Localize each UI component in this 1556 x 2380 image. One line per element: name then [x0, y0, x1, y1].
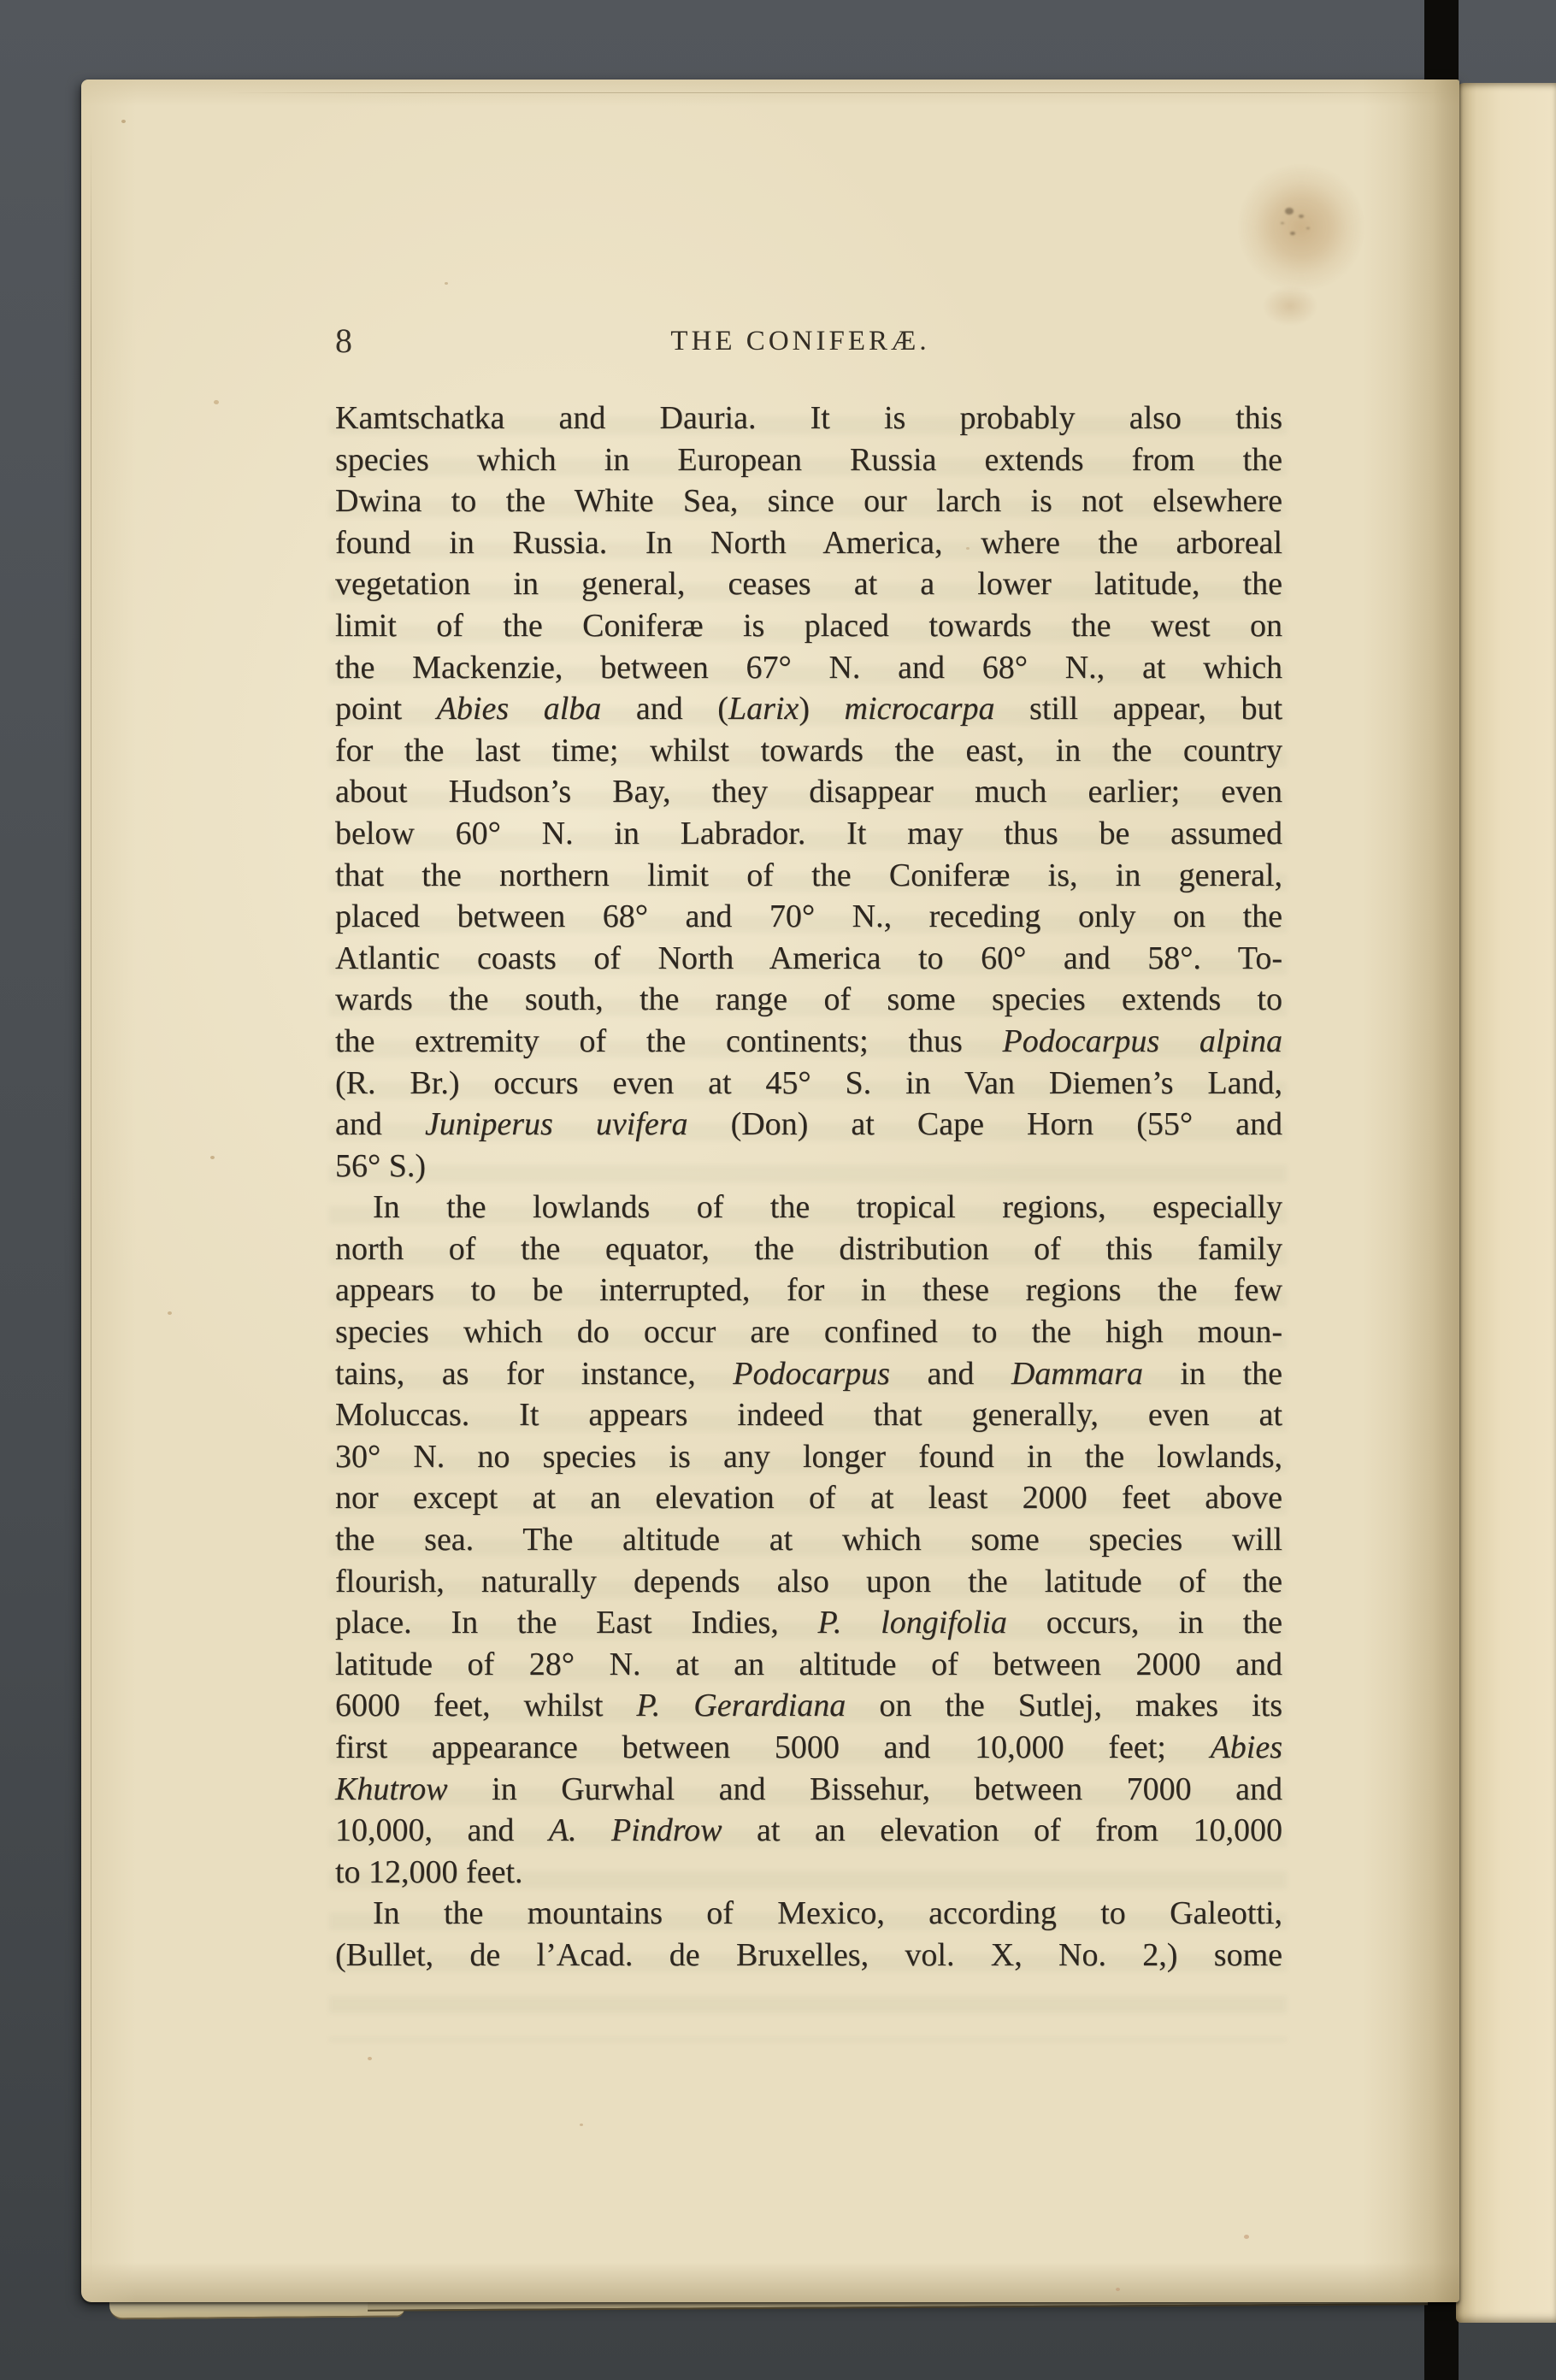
- text-line: the Mackenzie, between 67° N. and 68° N.…: [335, 647, 1282, 689]
- paper-speck: [214, 400, 219, 404]
- text-line: wards the south, the range of some speci…: [335, 979, 1282, 1021]
- foxing-stain-core: [1285, 208, 1294, 215]
- text-line: first appearance between 5000 and 10,000…: [335, 1727, 1282, 1769]
- paper-speck: [966, 547, 970, 550]
- text-line: latitude of 28° N. at an altitude of bet…: [335, 1644, 1282, 1686]
- text-line: 6000 feet, whilst P. Gerardiana on the S…: [335, 1685, 1282, 1727]
- text-line: In the mountains of Mexico, according to…: [335, 1893, 1282, 1935]
- text-line: 10,000, and A. Pindrow at an elevation o…: [335, 1810, 1282, 1852]
- paper-speck: [580, 2124, 583, 2126]
- running-header: THE CONIFERÆ.: [327, 326, 1274, 357]
- text-line: limit of the Coniferæ is placed towards …: [335, 605, 1282, 647]
- book-scan: 8 THE CONIFERÆ. Kamtschatka and Dauria. …: [0, 0, 1556, 2380]
- text-line: 56° S.): [335, 1146, 1282, 1187]
- text-line: In the lowlands of the tropical regions,…: [335, 1187, 1282, 1228]
- text-line: about Hudson’s Bay, they disappear much …: [335, 771, 1282, 813]
- page-header: 8 THE CONIFERÆ.: [335, 319, 1282, 358]
- text-line: and Juniperus uvifera (Don) at Cape Horn…: [335, 1104, 1282, 1146]
- text-line: north of the equator, the distribution o…: [335, 1228, 1282, 1270]
- text-line: (R. Br.) occurs even at 45° S. in Van Di…: [335, 1063, 1282, 1105]
- paper-speck: [210, 1156, 215, 1159]
- text-line: place. In the East Indies, P. longifolia…: [335, 1602, 1282, 1644]
- text-line: Kamtschatka and Dauria. It is probably a…: [335, 398, 1282, 439]
- text-line: found in Russia. In North America, where…: [335, 522, 1282, 564]
- text-line: Atlantic coasts of North America to 60° …: [335, 938, 1282, 980]
- paper-speck: [1116, 2288, 1120, 2291]
- paper-speck: [368, 2057, 372, 2060]
- text-line: point Abies alba and (Larix) microcarpa …: [335, 688, 1282, 730]
- book-page: 8 THE CONIFERÆ. Kamtschatka and Dauria. …: [81, 80, 1459, 2302]
- text-line: for the last time; whilst towards the ea…: [335, 730, 1282, 772]
- text-line: that the northern limit of the Coniferæ …: [335, 855, 1282, 897]
- adjacent-page-edge: [1456, 83, 1556, 2323]
- page-left-crease: [91, 127, 91, 2285]
- text-line: 30° N. no species is any longer found in…: [335, 1436, 1282, 1478]
- text-line: vegetation in general, ceases at a lower…: [335, 563, 1282, 605]
- text-line: Dwina to the White Sea, since our larch …: [335, 480, 1282, 522]
- text-line: tains, as for instance, Podocarpus and D…: [335, 1353, 1282, 1395]
- text-line: Khutrow in Gurwhal and Bissehur, between…: [335, 1769, 1282, 1811]
- text-line: below 60° N. in Labrador. It may thus be…: [335, 813, 1282, 855]
- paper-speck: [168, 1311, 172, 1315]
- text-line: appears to be interrupted, for in these …: [335, 1270, 1282, 1311]
- body-text: Kamtschatka and Dauria. It is probably a…: [335, 398, 1282, 1976]
- text-line: placed between 68° and 70° N., receding …: [335, 896, 1282, 938]
- paper-speck: [1244, 2235, 1249, 2239]
- paper-speck: [445, 282, 448, 285]
- text-line: (Bullet, de l’Acad. de Bruxelles, vol. X…: [335, 1935, 1282, 1976]
- foxing-stain: [1237, 163, 1365, 292]
- text-line: to 12,000 feet.: [335, 1852, 1282, 1894]
- text-line: species which do occur are confined to t…: [335, 1311, 1282, 1353]
- text-line: the sea. The altitude at which some spec…: [335, 1519, 1282, 1561]
- text-line: the extremity of the continents; thus Po…: [335, 1021, 1282, 1063]
- text-line: Moluccas. It appears indeed that general…: [335, 1394, 1282, 1436]
- text-line: flourish, naturally depends also upon th…: [335, 1561, 1282, 1603]
- text-line: species which in European Russia extends…: [335, 439, 1282, 481]
- paper-speck: [121, 120, 126, 123]
- gutter-shadow: [1400, 80, 1459, 2302]
- page-top-crease: [227, 92, 1451, 93]
- text-line: nor except at an elevation of at least 2…: [335, 1477, 1282, 1519]
